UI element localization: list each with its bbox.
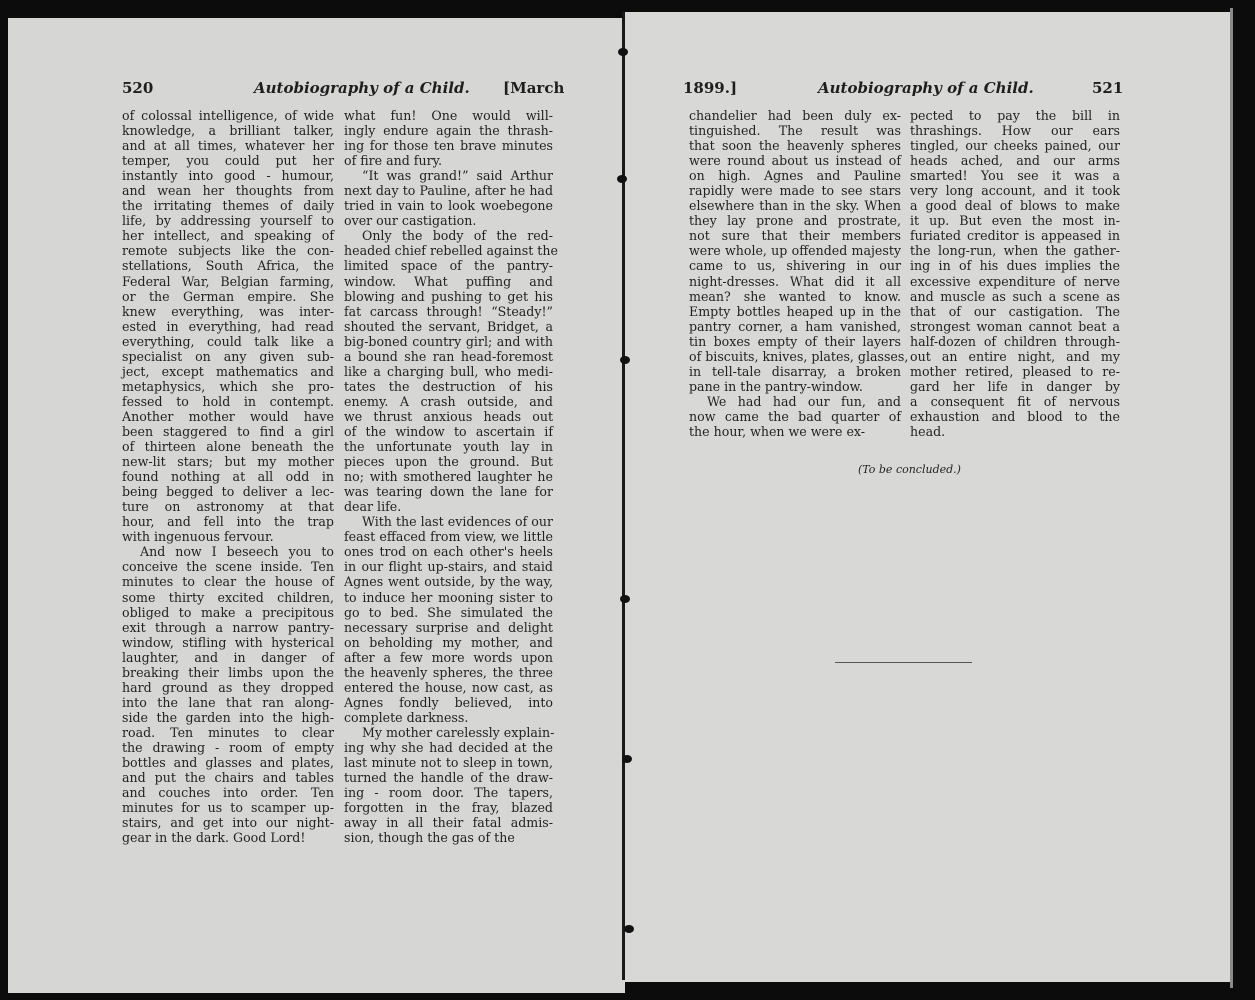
text-line: heads ached, and our arms <box>910 153 1120 168</box>
text-line: we thrust anxious heads out <box>344 409 553 424</box>
text-line: away in all their fatal admis- <box>344 815 553 830</box>
text-line: her intellect, and speaking of <box>122 228 334 243</box>
binding-mark <box>620 356 630 364</box>
text-line: conceive the scene inside. Ten <box>122 559 334 574</box>
text-line: Empty bottles heaped up in the <box>689 304 901 319</box>
text-line: life, by addressing yourself to <box>122 213 334 228</box>
text-line: the long-run, when the gather- <box>910 243 1120 258</box>
text-line: and couches into order. Ten <box>122 785 334 800</box>
text-line: instantly into good - humour, <box>122 168 334 183</box>
text-line: blowing and pushing to get his <box>344 289 553 304</box>
text-line: turned the handle of the draw- <box>344 770 553 785</box>
text-line: feast effaced from view, we little <box>344 529 553 544</box>
text-line: ture on astronomy at that <box>122 499 334 514</box>
text-line: ject, except mathematics and <box>122 364 334 379</box>
text-line: mother retired, pleased to re- <box>910 364 1120 379</box>
running-title: Autobiography of a Child. <box>818 79 1034 97</box>
text-line: in tell-tale disarray, a broken <box>689 364 901 379</box>
text-line: a consequent fit of nervous <box>910 394 1120 409</box>
text-line: tates the destruction of his <box>344 379 553 394</box>
text-line: temper, you could put her <box>122 153 334 168</box>
text-line: that soon the heavenly spheres <box>689 138 901 153</box>
text-line: or the German empire. She <box>122 289 334 304</box>
text-line: chandelier had been duly ex- <box>689 108 901 123</box>
text-line: mean? she wanted to know. <box>689 289 901 304</box>
end-rule <box>835 662 972 663</box>
text-line: headed chief rebelled against the <box>344 243 553 258</box>
text-line: like a charging bull, who medi- <box>344 364 553 379</box>
text-line: ingly endure again the thrash- <box>344 123 553 138</box>
text-line: to induce her mooning sister to <box>344 590 553 605</box>
text-line: remote subjects like the con- <box>122 243 334 258</box>
text-line: was tearing down the lane for <box>344 484 553 499</box>
text-line: the drawing - room of empty <box>122 740 334 755</box>
text-line: rapidly were made to see stars <box>689 183 901 198</box>
text-line: hour, and fell into the trap <box>122 514 334 529</box>
text-line: gear in the dark. Good Lord! <box>122 830 334 845</box>
text-line: bottles and glasses and plates, <box>122 755 334 770</box>
binding-mark <box>622 755 632 763</box>
right-page-header: 1899.] Autobiography of a Child. 521 <box>0 79 1255 99</box>
text-line: tin boxes empty of their layers <box>689 334 901 349</box>
text-line: on beholding my mother, and <box>344 635 553 650</box>
text-line: ested in everything, had read <box>122 319 334 334</box>
text-line: the heavenly spheres, the three <box>344 665 553 680</box>
page-edge <box>1230 8 1233 988</box>
text-line: side the garden into the high- <box>122 710 334 725</box>
text-line: Agnes went outside, by the way, <box>344 574 553 589</box>
text-line: no; with smothered laughter he <box>344 469 553 484</box>
text-line: a good deal of blows to make <box>910 198 1120 213</box>
text-line: exhaustion and blood to the <box>910 409 1120 424</box>
text-line: they lay prone and prostrate, <box>689 213 901 228</box>
text-line: tried in vain to look woebegone <box>344 198 553 213</box>
text-line: entered the house, now cast, as <box>344 680 553 695</box>
page-number: 521 <box>1092 79 1123 97</box>
text-line: the irritating themes of daily <box>122 198 334 213</box>
text-line: necessary surprise and delight <box>344 620 553 635</box>
text-line: “It was grand!” said Arthur <box>344 168 553 183</box>
text-line: after a few more words upon <box>344 650 553 665</box>
text-line: Federal War, Belgian farming, <box>122 274 334 289</box>
text-line: pected to pay the bill in <box>910 108 1120 123</box>
text-line: exit through a narrow pantry- <box>122 620 334 635</box>
text-line: pane in the pantry-window. <box>689 379 901 394</box>
text-line: in our flight up-stairs, and staid <box>344 559 553 574</box>
text-line: go to bed. She simulated the <box>344 605 553 620</box>
text-line: And now I beseech you to <box>122 544 334 559</box>
text-line: complete darkness. <box>344 710 553 725</box>
text-line: My mother carelessly explain- <box>344 725 553 740</box>
text-line: fat carcass through! “Steady!” <box>344 304 553 319</box>
header-year: 1899.] <box>683 79 737 97</box>
text-line: tingled, our cheeks pained, our <box>910 138 1120 153</box>
text-line: furiated creditor is appeased in <box>910 228 1120 243</box>
text-line: it up. But even the most in- <box>910 213 1120 228</box>
text-line: shouted the servant, Bridget, a <box>344 319 553 334</box>
text-line: head. <box>910 424 1120 439</box>
text-line: knew everything, was inter- <box>122 304 334 319</box>
text-line: into the lane that ran along- <box>122 695 334 710</box>
book-gutter <box>622 12 625 980</box>
text-line: Agnes fondly believed, into <box>344 695 553 710</box>
right-page-column-1: chandelier had been duly ex-tinguished. … <box>689 108 901 439</box>
binding-mark <box>618 48 628 56</box>
text-line: everything, could talk like a <box>122 334 334 349</box>
text-line: of biscuits, knives, plates, glasses, <box>689 349 901 364</box>
text-line: the unfortunate youth lay in <box>344 439 553 454</box>
text-line: Only the body of the red- <box>344 228 553 243</box>
text-line: ing for those ten brave minutes <box>344 138 553 153</box>
text-line: limited space of the pantry- <box>344 258 553 273</box>
binding-mark <box>624 925 634 933</box>
text-line: obliged to make a precipitous <box>122 605 334 620</box>
text-line: over our castigation. <box>344 213 553 228</box>
text-line: pantry corner, a ham vanished, <box>689 319 901 334</box>
text-line: night-dresses. What did it all <box>689 274 901 289</box>
text-line: now came the bad quarter of <box>689 409 901 424</box>
text-line: elsewhere than in the sky. When <box>689 198 901 213</box>
text-line: window, stifling with hysterical <box>122 635 334 650</box>
text-line: were round about us instead of <box>689 153 901 168</box>
text-line: very long account, and it took <box>910 183 1120 198</box>
text-line: what fun! One would will- <box>344 108 553 123</box>
text-line: of fire and fury. <box>344 153 553 168</box>
text-line: last minute not to sleep in town, <box>344 755 553 770</box>
text-line: that of our castigation. The <box>910 304 1120 319</box>
left-page-column-1: of colossal intelligence, of wideknowled… <box>122 108 334 845</box>
text-line: being begged to deliver a lec- <box>122 484 334 499</box>
text-line: stairs, and get into our night- <box>122 815 334 830</box>
text-line: fessed to hold in contempt. <box>122 394 334 409</box>
text-line: and wean her thoughts from <box>122 183 334 198</box>
text-line: and at all times, whatever her <box>122 138 334 153</box>
text-line: some thirty excited children, <box>122 590 334 605</box>
text-line: minutes for us to scamper up- <box>122 800 334 815</box>
text-line: Another mother would have <box>122 409 334 424</box>
text-line: gard her life in danger by <box>910 379 1120 394</box>
text-line: specialist on any given sub- <box>122 349 334 364</box>
text-line: ing in of his dues implies the <box>910 258 1120 273</box>
text-line: road. Ten minutes to clear <box>122 725 334 740</box>
text-line: found nothing at all odd in <box>122 469 334 484</box>
text-line: knowledge, a brilliant talker, <box>122 123 334 138</box>
text-line: minutes to clear the house of <box>122 574 334 589</box>
text-line: enemy. A crash outside, and <box>344 394 553 409</box>
text-line: not sure that their members <box>689 228 901 243</box>
text-line: been staggered to find a girl <box>122 424 334 439</box>
text-line: the hour, when we were ex- <box>689 424 901 439</box>
text-line: of colossal intelligence, of wide <box>122 108 334 123</box>
text-line: sion, though the gas of the <box>344 830 553 845</box>
text-line: on high. Agnes and Pauline <box>689 168 901 183</box>
text-line: laughter, and in danger of <box>122 650 334 665</box>
text-line: big-boned country girl; and with <box>344 334 553 349</box>
binding-mark <box>620 595 630 603</box>
text-line: a bound she ran head-foremost <box>344 349 553 364</box>
text-line: We had had our fun, and <box>689 394 901 409</box>
text-line: dear life. <box>344 499 553 514</box>
text-line: with ingenuous fervour. <box>122 529 334 544</box>
text-line: excessive expenditure of nerve <box>910 274 1120 289</box>
text-line: strongest woman cannot beat a <box>910 319 1120 334</box>
text-line: ing - room door. The tapers, <box>344 785 553 800</box>
text-line: stellations, South Africa, the <box>122 258 334 273</box>
text-line: With the last evidences of our <box>344 514 553 529</box>
text-line: ones trod on each other's heels <box>344 544 553 559</box>
text-line: half-dozen of children through- <box>910 334 1120 349</box>
text-line: forgotten in the fray, blazed <box>344 800 553 815</box>
text-line: next day to Pauline, after he had <box>344 183 553 198</box>
text-line: and muscle as such a scene as <box>910 289 1120 304</box>
text-line: tinguished. The result was <box>689 123 901 138</box>
text-line: breaking their limbs upon the <box>122 665 334 680</box>
text-line: were whole, up offended majesty <box>689 243 901 258</box>
text-line: out an entire night, and my <box>910 349 1120 364</box>
text-line: thrashings. How our ears <box>910 123 1120 138</box>
binding-mark <box>617 175 627 183</box>
text-line: smarted! You see it was a <box>910 168 1120 183</box>
continuation-note: (To be concluded.) <box>858 463 961 476</box>
right-page-column-2: pected to pay the bill inthrashings. How… <box>910 108 1120 439</box>
text-line: came to us, shivering in our <box>689 258 901 273</box>
text-line: window. What puffing and <box>344 274 553 289</box>
text-line: new-lit stars; but my mother <box>122 454 334 469</box>
text-line: pieces upon the ground. But <box>344 454 553 469</box>
text-line: ing why she had decided at the <box>344 740 553 755</box>
text-line: metaphysics, which she pro- <box>122 379 334 394</box>
text-line: hard ground as they dropped <box>122 680 334 695</box>
text-line: of thirteen alone beneath the <box>122 439 334 454</box>
text-line: and put the chairs and tables <box>122 770 334 785</box>
left-page-column-2: what fun! One would will-ingly endure ag… <box>344 108 553 845</box>
text-line: of the window to ascertain if <box>344 424 553 439</box>
